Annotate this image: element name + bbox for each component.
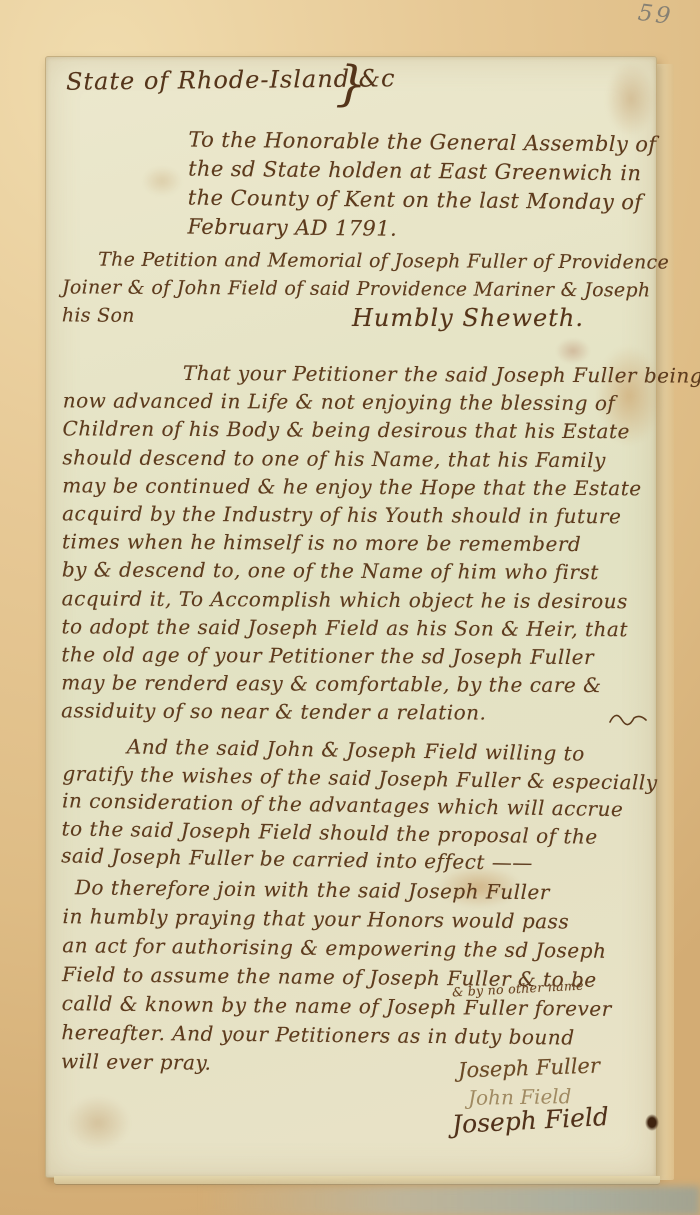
body-paragraph-1: That your Petitioner the said Joseph Ful… — [61, 358, 700, 728]
body1-line: to adopt the said Joseph Field as his So… — [61, 612, 700, 644]
body1-line: times when he himself is no more be reme… — [62, 528, 700, 560]
intro-line: The Petition and Memorial of Joseph Full… — [62, 245, 669, 276]
body1-line: That your Petitioner the said Joseph Ful… — [63, 358, 700, 390]
body1-line: should descend to one of his Name, that … — [62, 443, 700, 475]
signature-joseph-fuller: Joseph Fuller — [458, 1054, 601, 1083]
flourish-mark — [608, 710, 648, 728]
body1-line: the old age of your Petitioner the sd Jo… — [61, 640, 700, 672]
under-sheet-edge — [54, 1176, 660, 1185]
body-paragraph-2: And the said John & Joseph Field willing… — [61, 732, 658, 879]
page-shadow — [200, 1186, 700, 1215]
body1-line: Children of his Body & being desirous th… — [63, 415, 700, 447]
page-number: 59 — [637, 0, 675, 30]
body1-line: assiduity of so near & tender a relation… — [61, 697, 700, 729]
address-block: To the Honorable the General Assembly of… — [187, 126, 656, 247]
body1-line: may be renderd easy & comfortable, by th… — [61, 669, 700, 701]
body1-line: acquird by the Industry of his Youth sho… — [62, 499, 700, 531]
body1-line: by & descend to, one of the Name of him … — [62, 556, 700, 588]
intro-line: Joiner & of John Field of said Providenc… — [62, 273, 669, 304]
background-mat: 59 State of Rhode-Island &c } To the Hon… — [0, 0, 700, 1215]
address-line: February AD 1791. — [187, 213, 655, 247]
body1-line: now advanced in Life & not enjoying the … — [63, 387, 700, 419]
body1-line: acquird it, To Accomplish which object h… — [62, 584, 700, 616]
body1-line: may be continued & he enjoy the Hope tha… — [62, 471, 700, 503]
salutation-text: Humbly Sheweth. — [352, 304, 584, 332]
heading-brace: } — [335, 55, 367, 112]
body-paragraph-3: Do therefore join with the said Joseph F… — [61, 873, 613, 1082]
